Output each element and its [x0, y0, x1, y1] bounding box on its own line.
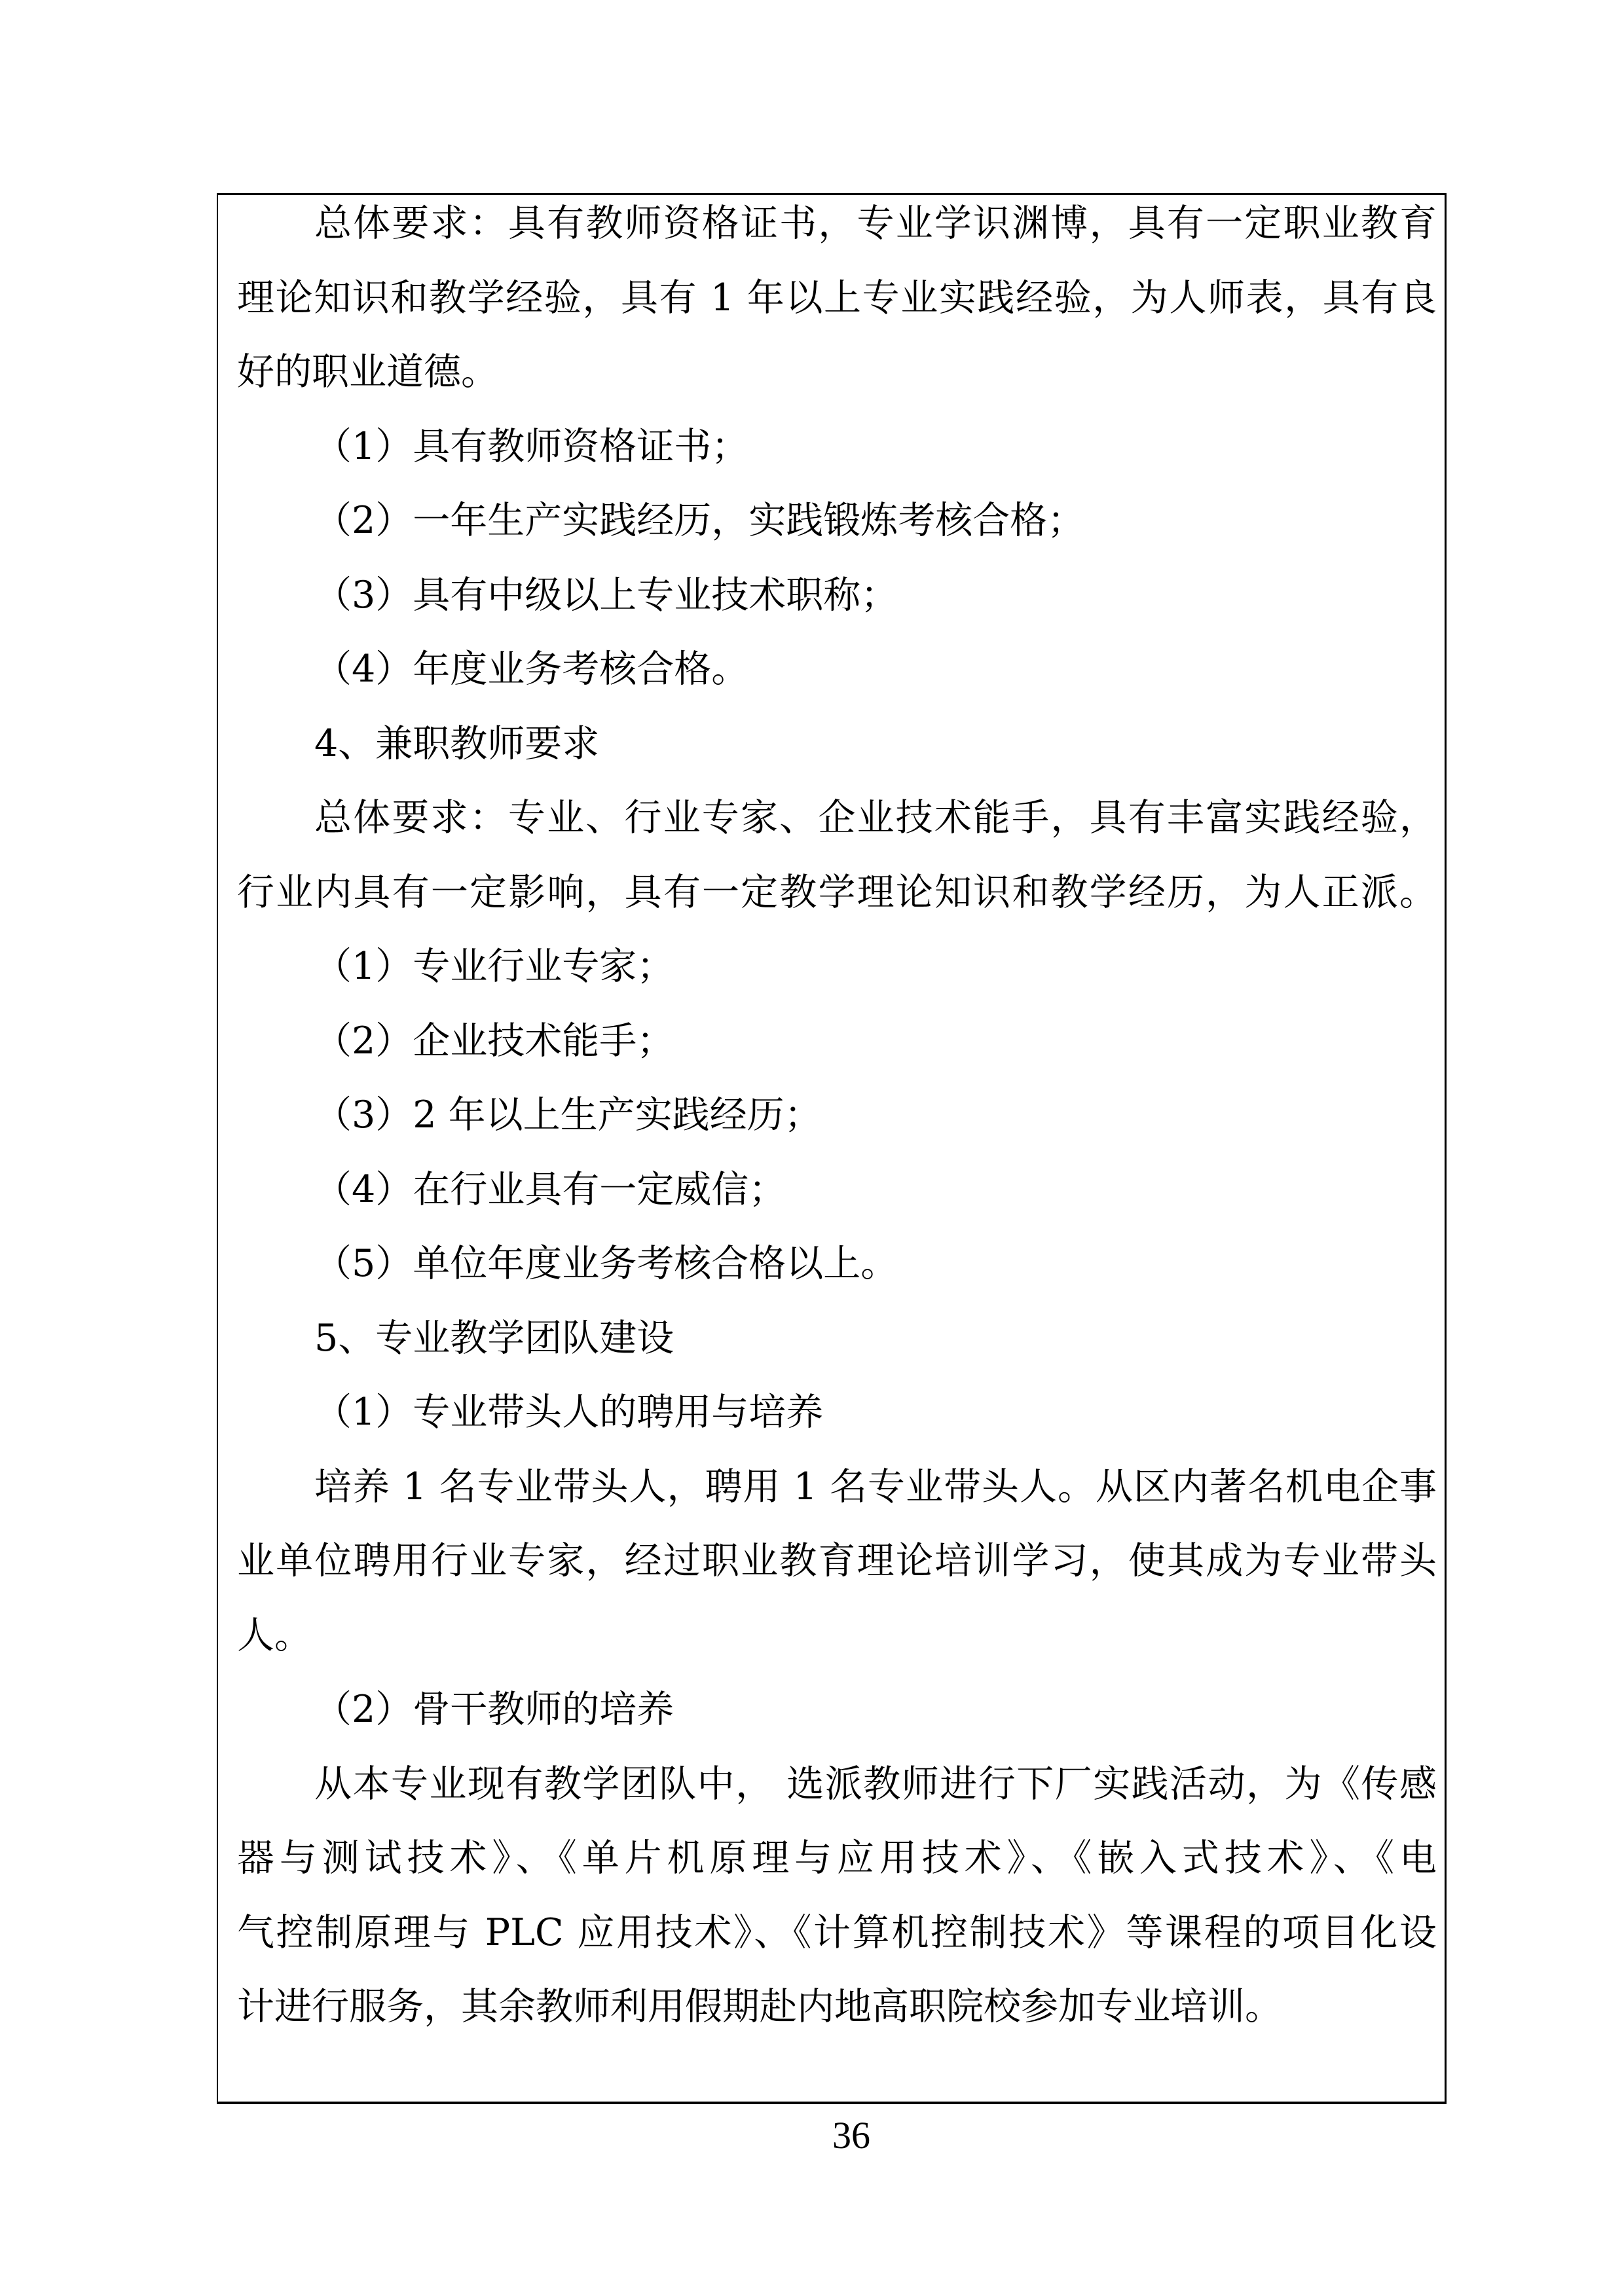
paragraph-line: 气控制原理与 PLC 应用技术》、《计算机控制技术》等课程的项目化设	[237, 1896, 1437, 1971]
list-item: （2）一年生产实践经历，实践锻炼考核合格；	[237, 484, 1437, 558]
paragraph-line: 好的职业道德。	[237, 335, 1437, 410]
paragraph-line: 业单位聘用行业专家，经过职业教育理论培训学习，使其成为专业带头	[237, 1524, 1437, 1599]
paragraph-line: 总体要求：专业、行业专家、企业技术能手，具有丰富实践经验，	[237, 781, 1437, 856]
paragraph-line: 培养 1 名专业带头人，聘用 1 名专业带头人。从区内著名机电企事	[237, 1450, 1437, 1525]
content-table-cell: 总体要求：具有教师资格证书，专业学识渊博，具有一定职业教育 理论知识和教学经验，…	[217, 193, 1447, 2104]
list-item: （5）单位年度业务考核合格以上。	[237, 1227, 1437, 1302]
list-item: （4）在行业具有一定威信；	[237, 1153, 1437, 1228]
list-item: （1）专业行业专家；	[237, 930, 1437, 1004]
paragraph-line: 总体要求：具有教师资格证书，专业学识渊博，具有一定职业教育	[237, 187, 1437, 261]
section-heading: 5、专业教学团队建设	[237, 1302, 1437, 1376]
paragraph-line: 行业内具有一定影响，具有一定教学理论知识和教学经历，为人正派。	[237, 856, 1437, 930]
list-item: （3）具有中级以上专业技术职称；	[237, 558, 1437, 633]
subsection-heading: （2）骨干教师的培养	[237, 1673, 1437, 1747]
paragraph-line: 计进行服务，其余教师利用假期赴内地高职院校参加专业培训。	[237, 1970, 1437, 2045]
subsection-heading: （1）专业带头人的聘用与培养	[237, 1376, 1437, 1450]
list-item: （1）具有教师资格证书；	[237, 410, 1437, 484]
paragraph-line: 理论知识和教学经验，具有 1 年以上专业实践经验，为人师表，具有良	[237, 261, 1437, 336]
list-item: （4）年度业务考核合格。	[237, 632, 1437, 707]
list-item: （3）2 年以上生产实践经历；	[237, 1078, 1437, 1153]
paragraph-line: 人。	[237, 1599, 1437, 1673]
section-heading: 4、兼职教师要求	[237, 707, 1437, 782]
page-number: 36	[812, 2116, 891, 2155]
list-item: （2）企业技术能手；	[237, 1004, 1437, 1079]
paragraph-line: 器与测试技术》、《单片机原理与应用技术》、《嵌入式技术》、《电	[237, 1821, 1437, 1896]
paragraph-line: 从本专业现有教学团队中， 选派教师进行下厂实践活动，为《传感	[237, 1747, 1437, 1822]
